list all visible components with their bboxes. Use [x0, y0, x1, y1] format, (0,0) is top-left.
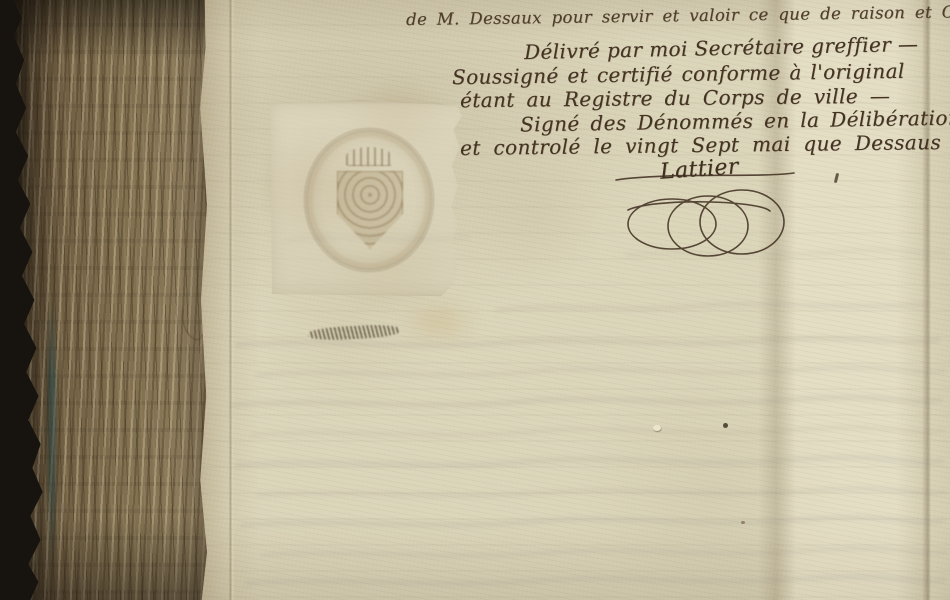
- ink-speck: [723, 423, 728, 428]
- stain-speck: [741, 521, 745, 524]
- paper-chip: [653, 425, 661, 431]
- book-fore-edge: [10, 0, 215, 600]
- edge-dark-sliver: [48, 300, 56, 570]
- scanned-manuscript-photo: de M. Dessaux pour servir et valoir ce q…: [0, 0, 950, 600]
